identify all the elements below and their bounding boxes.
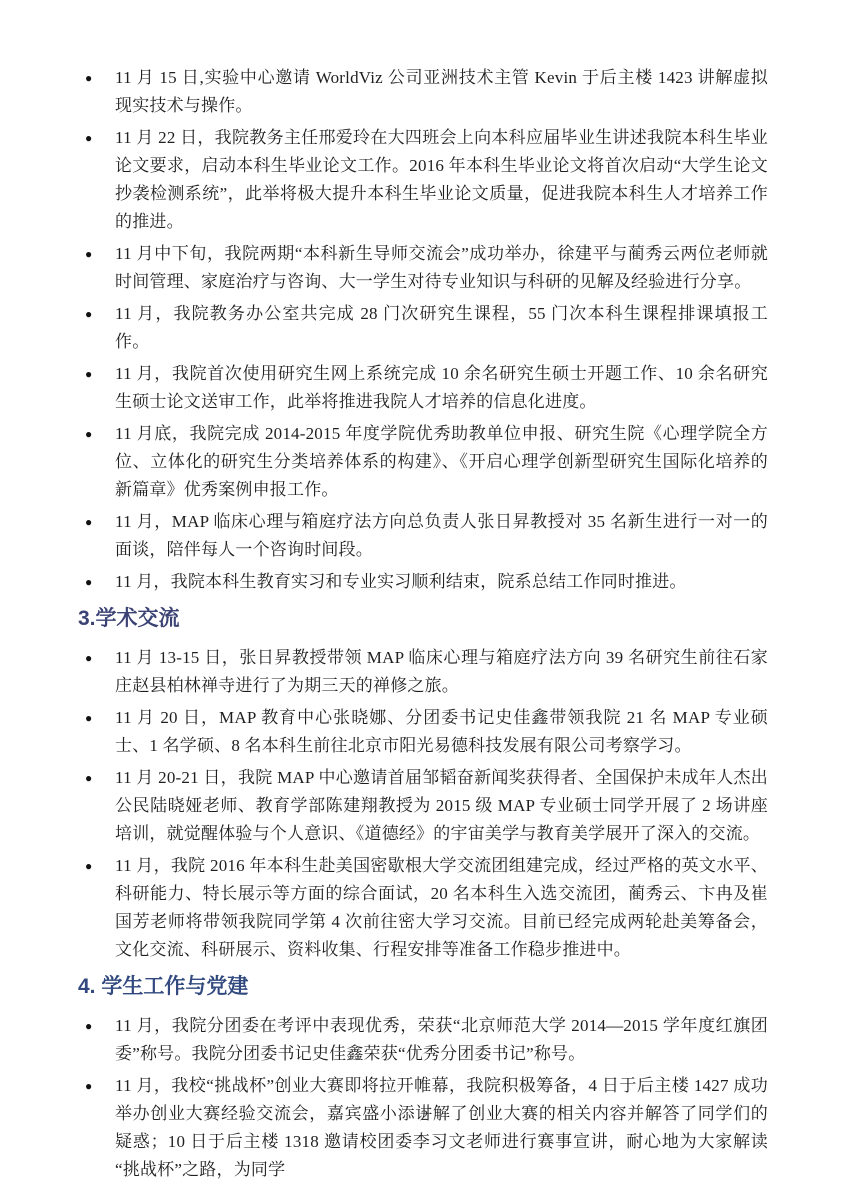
list-item: ● 11 月 22 日，我院教务主任邢爱玲在大四班会上向本科应届毕业生讲述我院本… [85,124,768,236]
list-item: ● 11 月底，我院完成 2014-2015 年度学院优秀助教单位申报、研究生院… [85,420,768,504]
bullet-icon: ● [85,1072,115,1100]
page-content: ● 11 月 15 日,实验中心邀请 WorldViz 公司亚洲技术主管 Kev… [85,64,768,1188]
bullet-list: ● 11 月 15 日,实验中心邀请 WorldViz 公司亚洲技术主管 Kev… [85,64,768,596]
bullet-icon: ● [85,240,115,268]
bullet-icon: ● [85,300,115,328]
bullet-text: 11 月，我院首次使用研究生网上系统完成 10 余名研究生硕士开题工作、10 余… [115,360,768,416]
list-item: ● 11 月 15 日,实验中心邀请 WorldViz 公司亚洲技术主管 Kev… [85,64,768,120]
bullet-text: 11 月 13-15 日，张日昇教授带领 MAP 临床心理与箱庭疗法方向 39 … [115,644,768,700]
list-item: ● 11 月，我院 2016 年本科生赴美国密歇根大学交流团组建完成，经过严格的… [85,852,768,964]
bullet-icon: ● [85,64,115,92]
bullet-list: ● 11 月 13-15 日，张日昇教授带领 MAP 临床心理与箱庭疗法方向 3… [85,644,768,964]
list-item: ● 11 月，我校“挑战杯”创业大赛即将拉开帷幕，我院积极筹备，4 日于后主楼 … [85,1072,768,1184]
list-item: ● 11 月 20 日，MAP 教育中心张晓娜、分团委书记史佳鑫带领我院 21 … [85,704,768,760]
page-number: 2 [421,1108,429,1124]
section-academic-exchange: 3.学术交流 ● 11 月 13-15 日，张日昇教授带领 MAP 临床心理与箱… [85,605,768,964]
bullet-icon: ● [85,360,115,388]
page-footer: 2 [0,1106,849,1126]
list-item: ● 11 月，我院分团委在考评中表现优秀，荣获“北京师范大学 2014—2015… [85,1012,768,1068]
bullet-icon: ● [85,704,115,732]
bullet-text: 11 月，我院本科生教育实习和专业实习顺利结束，院系总结工作同时推进。 [115,568,768,596]
bullet-text: 11 月 20-21 日，我院 MAP 中心邀请首届邹韬奋新闻奖获得者、全国保护… [115,764,768,848]
list-item: ● 11 月，MAP 临床心理与箱庭疗法方向总负责人张日昇教授对 35 名新生进… [85,508,768,564]
bullet-text: 11 月 20 日，MAP 教育中心张晓娜、分团委书记史佳鑫带领我院 21 名 … [115,704,768,760]
bullet-icon: ● [85,1012,115,1040]
bullet-icon: ● [85,568,115,596]
list-item: ● 11 月 13-15 日，张日昇教授带领 MAP 临床心理与箱庭疗法方向 3… [85,644,768,700]
list-item: ● 11 月 20-21 日，我院 MAP 中心邀请首届邹韬奋新闻奖获得者、全国… [85,764,768,848]
bullet-text: 11 月底，我院完成 2014-2015 年度学院优秀助教单位申报、研究生院《心… [115,420,768,504]
bullet-text: 11 月，我院分团委在考评中表现优秀，荣获“北京师范大学 2014—2015 学… [115,1012,768,1068]
list-item: ● 11 月，我院教务办公室共完成 28 门次研究生课程，55 门次本科生课程排… [85,300,768,356]
bullet-icon: ● [85,124,115,152]
bullet-text: 11 月，我校“挑战杯”创业大赛即将拉开帷幕，我院积极筹备，4 日于后主楼 14… [115,1072,768,1184]
bullet-icon: ● [85,764,115,792]
section-teaching-continued: ● 11 月 15 日,实验中心邀请 WorldViz 公司亚洲技术主管 Kev… [85,64,768,596]
bullet-text: 11 月，我院教务办公室共完成 28 门次研究生课程，55 门次本科生课程排课填… [115,300,768,356]
bullet-text: 11 月 22 日，我院教务主任邢爱玲在大四班会上向本科应届毕业生讲述我院本科生… [115,124,768,236]
bullet-icon: ● [85,644,115,672]
document-page: ● 11 月 15 日,实验中心邀请 WorldViz 公司亚洲技术主管 Kev… [0,0,849,1200]
list-item: ● 11 月，我院本科生教育实习和专业实习顺利结束，院系总结工作同时推进。 [85,568,768,596]
bullet-icon: ● [85,420,115,448]
section-heading-student-work-party: 4. 学生工作与党建 [78,973,768,1001]
bullet-text: 11 月，我院 2016 年本科生赴美国密歇根大学交流团组建完成，经过严格的英文… [115,852,768,964]
bullet-text: 11 月 15 日,实验中心邀请 WorldViz 公司亚洲技术主管 Kevin… [115,64,768,120]
bullet-icon: ● [85,852,115,880]
bullet-text: 11 月中下旬，我院两期“本科新生导师交流会”成功举办，徐建平与蔺秀云两位老师就… [115,240,768,296]
bullet-icon: ● [85,508,115,536]
section-student-work-party: 4. 学生工作与党建 ● 11 月，我院分团委在考评中表现优秀，荣获“北京师范大… [85,973,768,1184]
bullet-text: 11 月，MAP 临床心理与箱庭疗法方向总负责人张日昇教授对 35 名新生进行一… [115,508,768,564]
list-item: ● 11 月中下旬，我院两期“本科新生导师交流会”成功举办，徐建平与蔺秀云两位老… [85,240,768,296]
section-heading-academic-exchange: 3.学术交流 [78,605,768,633]
bullet-list: ● 11 月，我院分团委在考评中表现优秀，荣获“北京师范大学 2014—2015… [85,1012,768,1184]
list-item: ● 11 月，我院首次使用研究生网上系统完成 10 余名研究生硕士开题工作、10… [85,360,768,416]
